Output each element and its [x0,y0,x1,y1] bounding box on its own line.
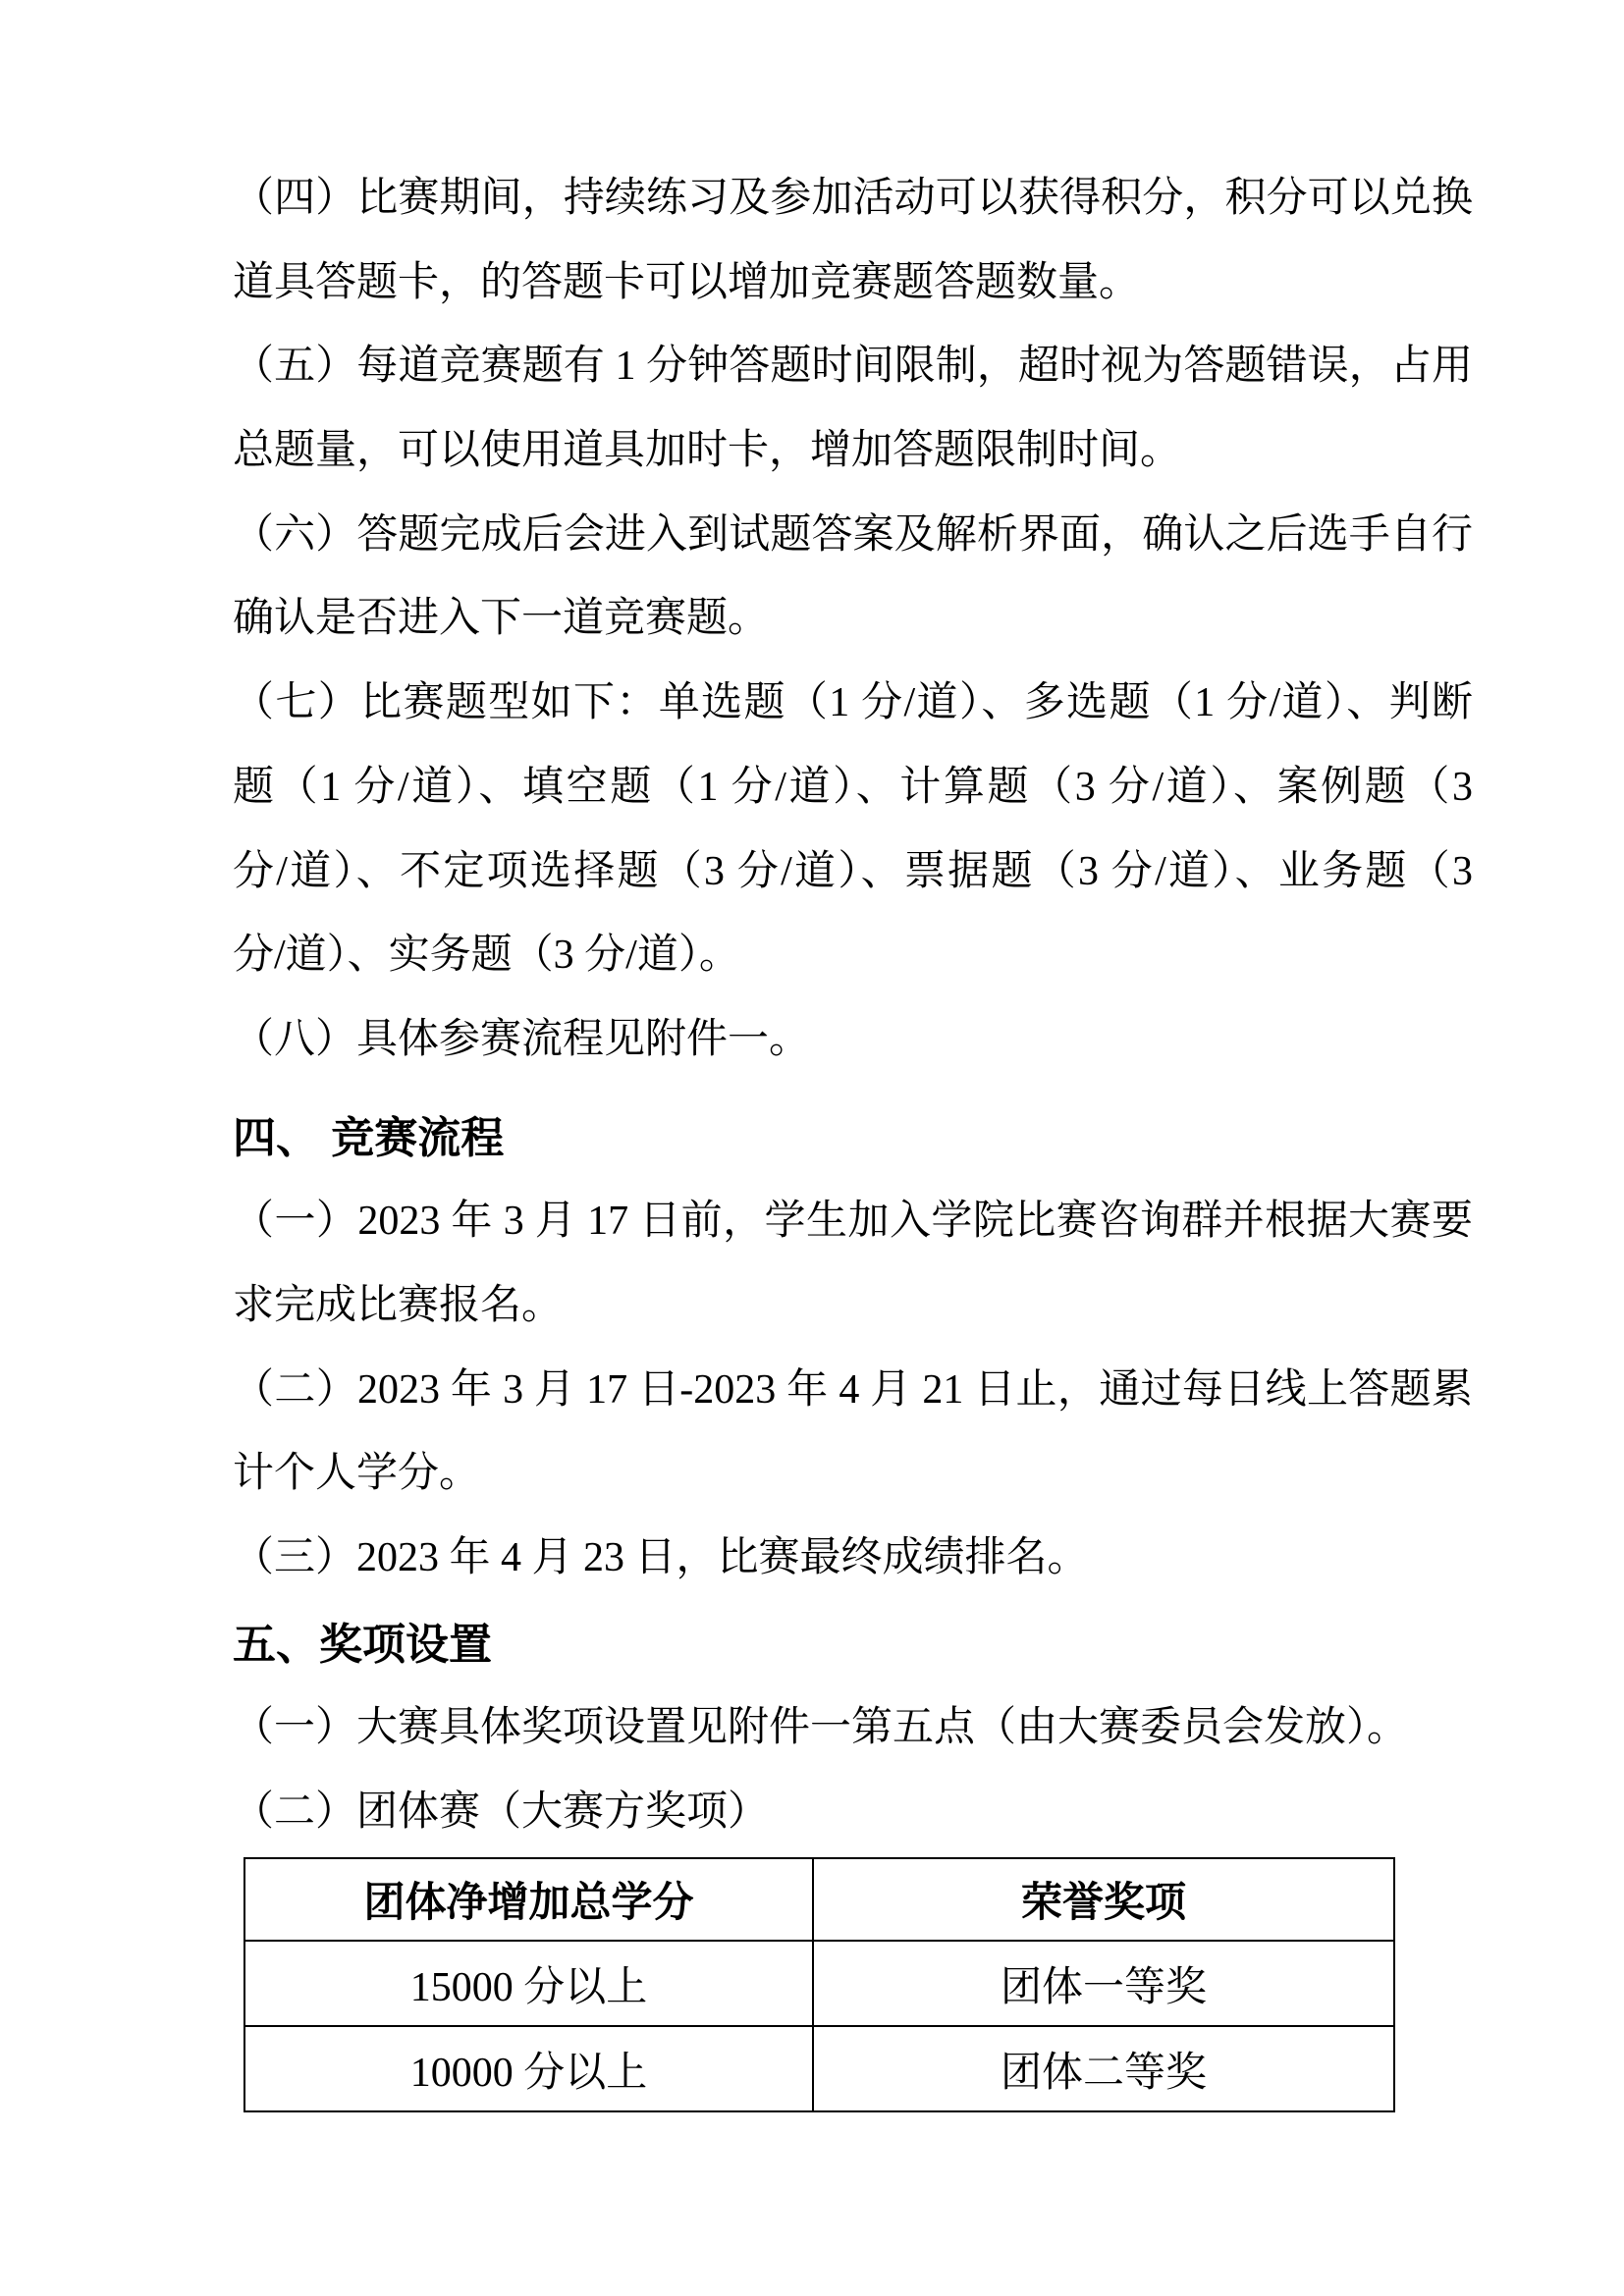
text-line: （一）2023 年 3 月 17 日前，学生加入学院比赛咨询群并根据大赛要 [233,1180,1473,1264]
table-cell: 10000 分以上 [244,2026,813,2111]
table-row: 10000 分以上团体二等奖 [244,2026,1394,2111]
text-line: 求完成比赛报名。 [233,1264,1473,1349]
table-cell: 团体一等奖 [813,1941,1394,2026]
text-line: （六）答题完成后会进入到试题答案及解析界面，确认之后选手自行 [233,494,1473,578]
text-line: （二）团体赛（大赛方奖项） [233,1771,1473,1855]
award-table-body: 15000 分以上团体一等奖10000 分以上团体二等奖 [244,1941,1394,2111]
award-table-header-row: 团体净增加总学分荣誉奖项 [244,1858,1394,1941]
text-line: 确认是否进入下一道竞赛题。 [233,577,1473,662]
text-line: （三）2023 年 4 月 23 日，比赛最终成绩排名。 [233,1517,1473,1601]
award-table: 团体净增加总学分荣誉奖项 15000 分以上团体一等奖10000 分以上团体二等… [244,1857,1393,2112]
text-line: （一）大赛具体奖项设置见附件一第五点（由大赛委员会发放）。 [233,1686,1473,1771]
table-row: 15000 分以上团体一等奖 [244,1941,1394,2026]
award-table-header-cell: 团体净增加总学分 [244,1858,813,1941]
text-line: 计个人学分。 [233,1432,1473,1517]
award-table-header-cell: 荣誉奖项 [813,1858,1394,1941]
table-cell: 15000 分以上 [244,1941,813,2026]
award-table-grid: 团体净增加总学分荣誉奖项 15000 分以上团体一等奖10000 分以上团体二等… [244,1857,1395,2112]
text-line: （五）每道竞赛题有 1 分钟答题时间限制，超时视为答题错误，占用 [233,325,1473,409]
text-line: （四）比赛期间，持续练习及参加活动可以获得积分，积分可以兑换 [233,157,1473,241]
section-heading: 四、 竞赛流程 [233,1096,1473,1181]
text-line: 分/道）、不定项选择题（3 分/道）、票据题（3 分/道）、业务题（3 [233,830,1473,915]
table-cell: 团体二等奖 [813,2026,1394,2111]
text-line: 题（1 分/道）、填空题（1 分/道）、计算题（3 分/道）、案例题（3 [233,746,1473,830]
text-line: 道具答题卡，的答题卡可以增加竞赛题答题数量。 [233,241,1473,326]
document-body: （四）比赛期间，持续练习及参加活动可以获得积分，积分可以兑换道具答题卡，的答题卡… [233,157,1473,1855]
text-line: （二）2023 年 3 月 17 日-2023 年 4 月 21 日止，通过每日… [233,1349,1473,1433]
text-line: （七）比赛题型如下：单选题（1 分/道）、多选题（1 分/道）、判断 [233,662,1473,746]
text-line: 总题量，可以使用道具加时卡，增加答题限制时间。 [233,409,1473,494]
text-line: 分/道）、实务题（3 分/道）。 [233,914,1473,998]
section-heading: 五、奖项设置 [233,1603,1473,1687]
document-page: （四）比赛期间，持续练习及参加活动可以获得积分，积分可以兑换道具答题卡，的答题卡… [0,0,1624,2296]
text-line: （八）具体参赛流程见附件一。 [233,998,1473,1083]
